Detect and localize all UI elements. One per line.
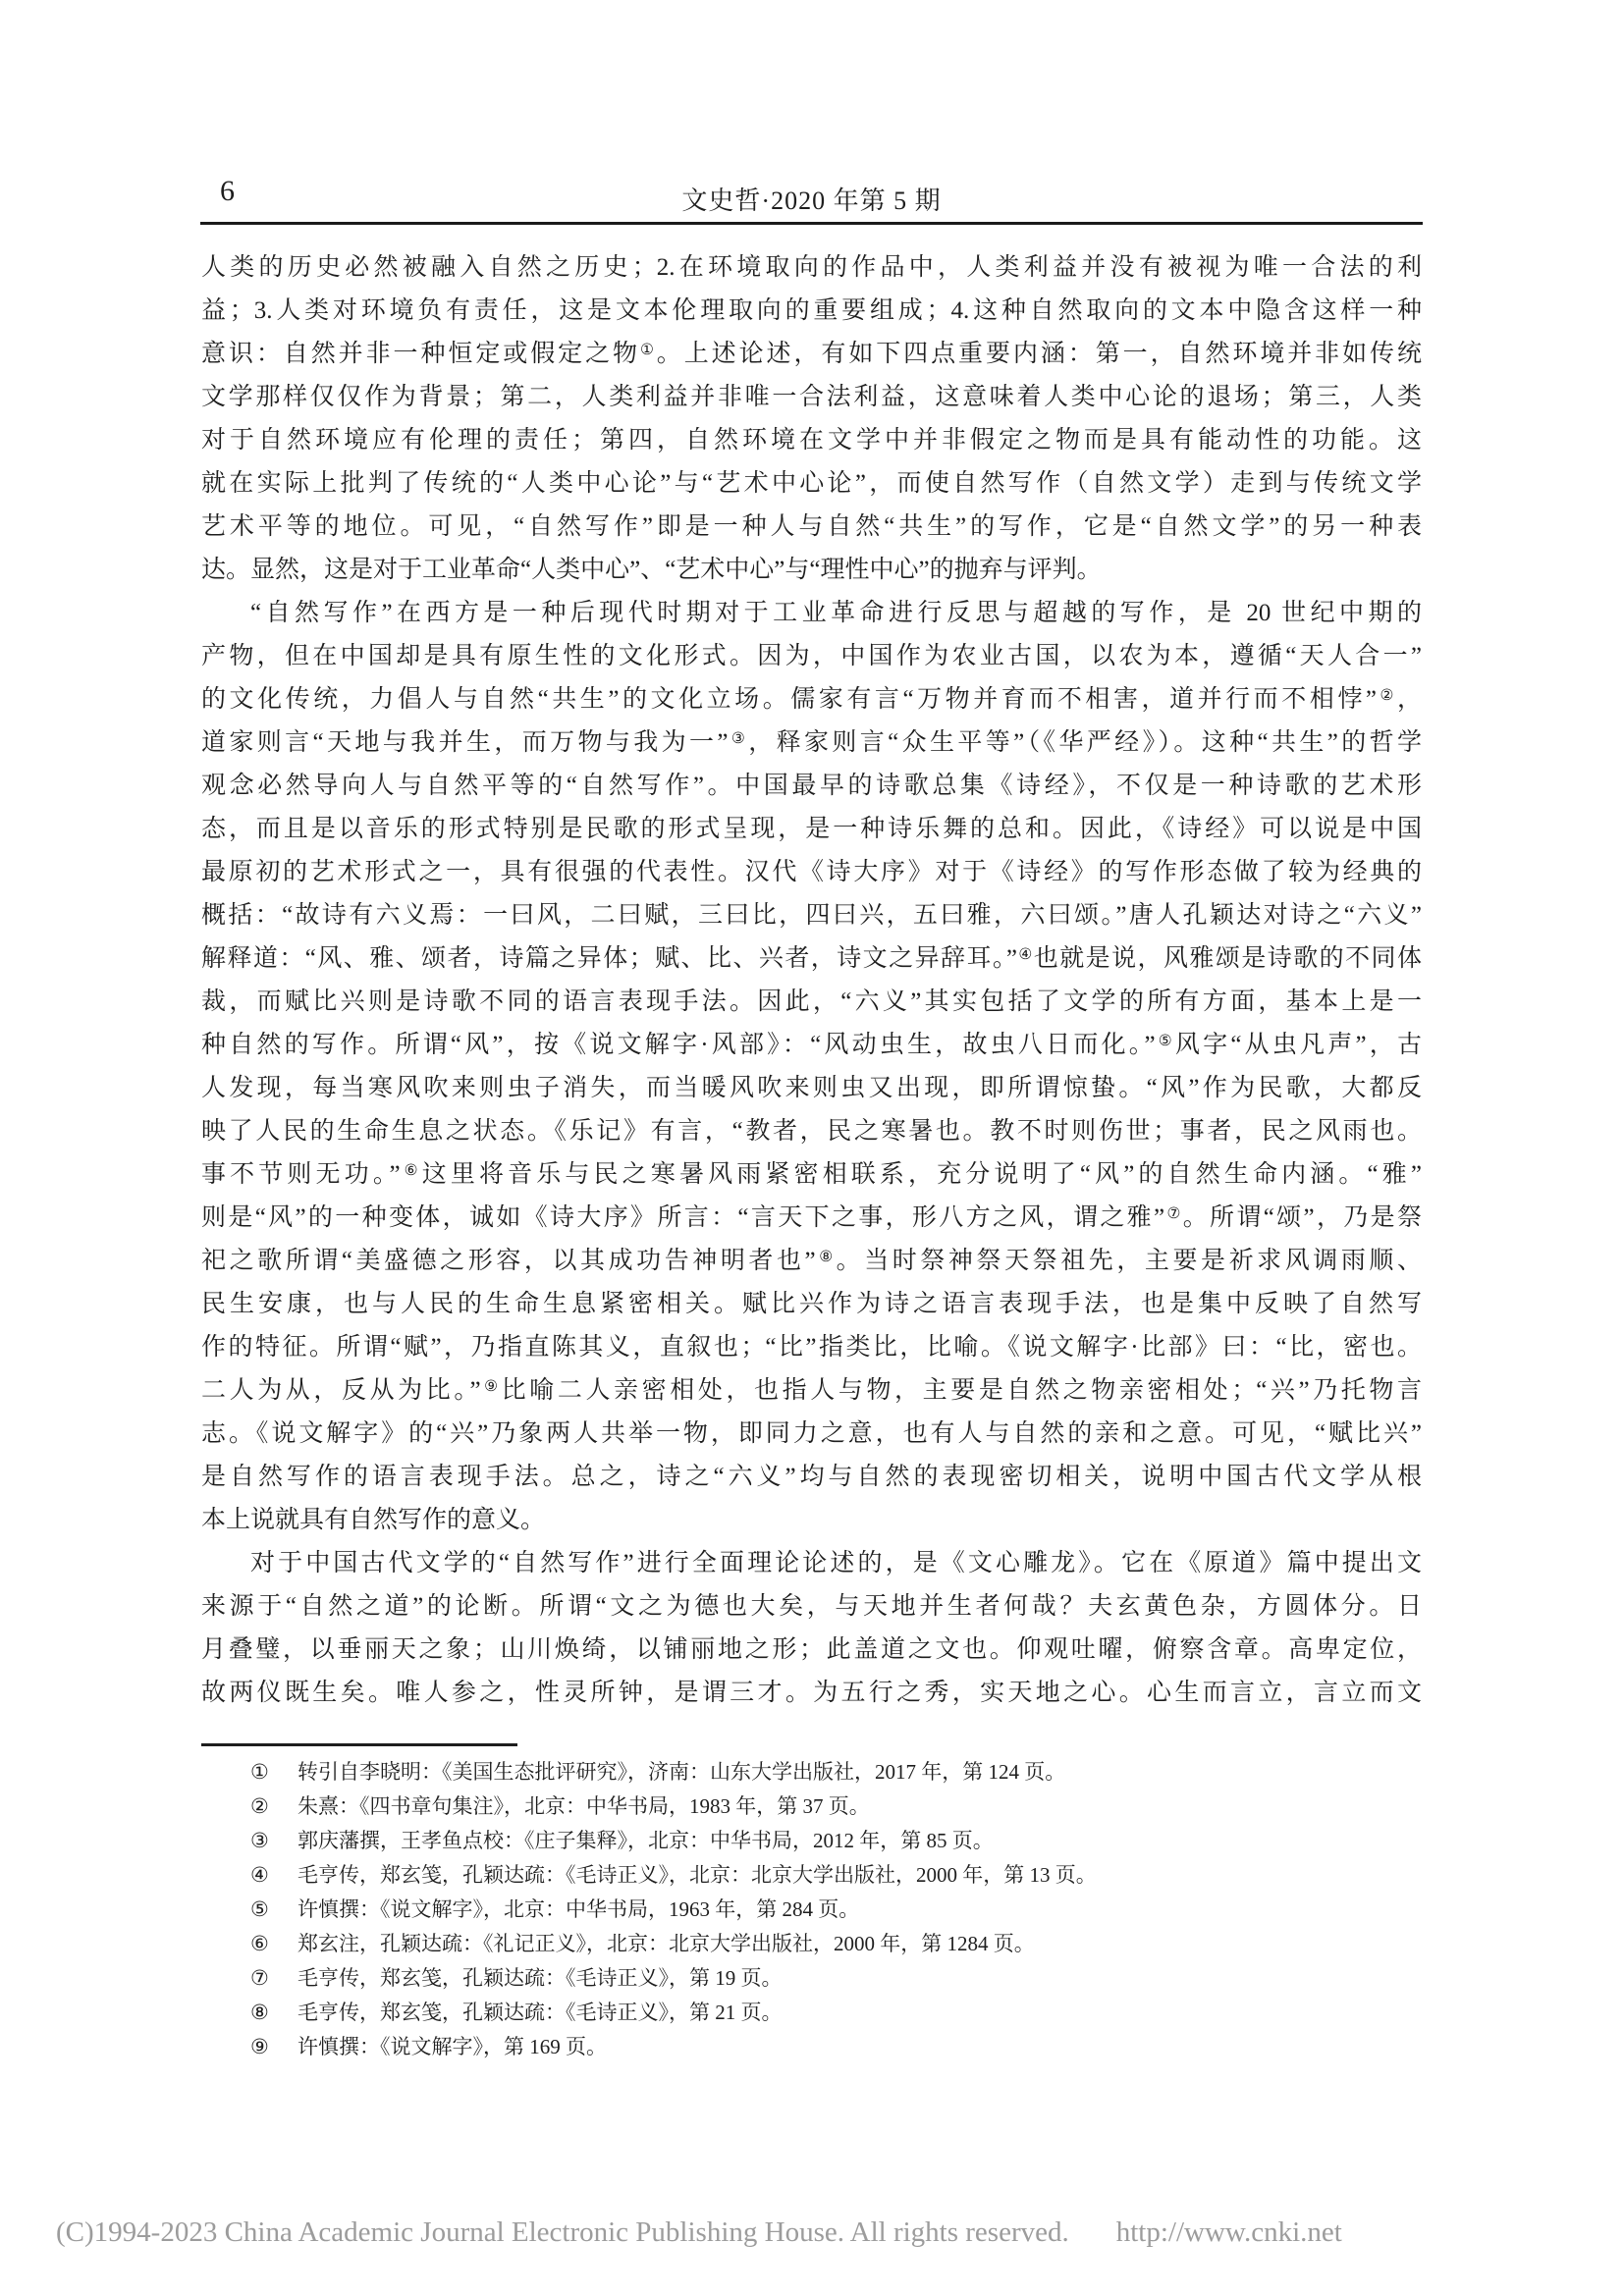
footnote: ⑨许慎撰：《说文解字》，第 169 页。	[201, 2030, 1422, 2064]
cnki-url: http://www.cnki.net	[1116, 2216, 1342, 2248]
footnote: ⑦毛亨传，郑玄笺，孔颖达疏：《毛诗正义》，第 19 页。	[201, 1961, 1422, 1996]
body-line: 故两仪既生矣。唯人参之，性灵所钟，是谓三才。为五行之秀，实天地之心。心生而言立，…	[201, 1672, 1422, 1715]
body-line: 裁，而赋比兴则是诗歌不同的语言表现手法。因此，“六义”其实包括了文学的所有方面，…	[201, 981, 1422, 1024]
body-line: 达。显然，这是对于工业革命“人类中心”、“艺术中心”与“理性中心”的抛弃与评判。	[201, 549, 1422, 592]
footnote-marker: ⑤	[250, 1893, 298, 1927]
footnote-marker: ⑥	[250, 1927, 298, 1961]
body-line: 本上说就具有自然写作的意义。	[201, 1499, 1422, 1542]
body-line: 对于中国古代文学的“自然写作”进行全面理论论述的，是《文心雕龙》。它在《原道》篇…	[201, 1542, 1422, 1585]
body-line: 作的特征。所谓“赋”，乃指直陈其义，直叙也；“比”指类比，比喻。《说文解字·比部…	[201, 1326, 1422, 1369]
body-line: 民生安康，也与人民的生命生息紧密相关。赋比兴作为诗之语言表现手法，也是集中反映了…	[201, 1283, 1422, 1326]
body-line: 态，而且是以音乐的形式特别是民歌的形式呈现，是一种诗乐舞的总和。因此，《诗经》可…	[201, 808, 1422, 851]
footnote-text: 许慎撰：《说文解字》，第 169 页。	[298, 2035, 607, 2058]
body-line: 观念必然导向人与自然平等的“自然写作”。中国最早的诗歌总集《诗经》，不仅是一种诗…	[201, 765, 1422, 808]
body-line: 人发现，每当寒风吹来则虫子消失，而当暖风吹来则虫又出现，即所谓惊蛰。“风”作为民…	[201, 1067, 1422, 1110]
body-line: 来源于“自然之道”的论断。所谓“文之为德也大矣，与天地并生者何哉？夫玄黄色杂，方…	[201, 1585, 1422, 1629]
body-line: 的文化传统，力倡人与自然“共生”的文化立场。儒家有言“万物并育而不相害，道并行而…	[201, 678, 1422, 721]
footnote-marker: ⑧	[250, 1996, 298, 2030]
body-line: 道家则言“天地与我并生，而万物与我为一”③，释家则言“众生平等”（《华严经》）。…	[201, 721, 1422, 765]
body-line: 益；3.人类对环境负有责任，这是文本伦理取向的重要组成；4.这种自然取向的文本中…	[201, 290, 1422, 333]
body-line: 则是“风”的一种变体，诚如《诗大序》所言：“言天下之事，形八方之风，谓之雅”⑦。…	[201, 1197, 1422, 1240]
footnote-text: 毛亨传，郑玄笺，孔颖达疏：《毛诗正义》，北京：北京大学出版社，2000 年，第 …	[298, 1863, 1097, 1887]
footnote: ③郭庆藩撰，王孝鱼点校：《庄子集释》，北京：中华书局，2012 年，第 85 页…	[201, 1824, 1422, 1858]
footnote-text: 朱熹：《四书章句集注》，北京：中华书局，1983 年，第 37 页。	[298, 1794, 870, 1818]
footnote: ②朱熹：《四书章句集注》，北京：中华书局，1983 年，第 37 页。	[201, 1789, 1422, 1824]
footnote-text: 转引自李晓明：《美国生态批评研究》，济南：山东大学出版社，2017 年，第 12…	[298, 1760, 1065, 1784]
copyright-text: (C)1994-2023 China Academic Journal Elec…	[56, 2216, 1069, 2248]
body-line: 对于自然环境应有伦理的责任；第四，自然环境在文学中并非假定之物而是具有能动性的功…	[201, 419, 1422, 462]
footnote-marker: ⑨	[250, 2030, 298, 2064]
body-line: 映了人民的生命生息之状态。《乐记》有言，“教者，民之寒暑也。教不时则伤世；事者，…	[201, 1110, 1422, 1153]
body-line: 最原初的艺术形式之一，具有很强的代表性。汉代《诗大序》对于《诗经》的写作形态做了…	[201, 851, 1422, 894]
body-line: 人类的历史必然被融入自然之历史；2.在环境取向的作品中，人类利益并没有被视为唯一…	[201, 246, 1422, 290]
page-footer: (C)1994-2023 China Academic Journal Elec…	[56, 2216, 1342, 2249]
footnote-marker: ④	[250, 1858, 298, 1893]
body-line: 艺术平等的地位。可见，“自然写作”即是一种人与自然“共生”的写作，它是“自然文学…	[201, 506, 1422, 549]
body-line: “自然写作”在西方是一种后现代时期对于工业革命进行反思与超越的写作，是 20 世…	[201, 592, 1422, 635]
footnote: ①转引自李晓明：《美国生态批评研究》，济南：山东大学出版社，2017 年，第 1…	[201, 1755, 1422, 1789]
footnote-text: 郭庆藩撰，王孝鱼点校：《庄子集释》，北京：中华书局，2012 年，第 85 页。	[298, 1829, 994, 1852]
body-line: 概括：“故诗有六义焉：一曰风，二曰赋，三曰比，四曰兴，五曰雅，六曰颂。”唐人孔颖…	[201, 894, 1422, 937]
footnotes: ①转引自李晓明：《美国生态批评研究》，济南：山东大学出版社，2017 年，第 1…	[201, 1755, 1422, 2064]
body-line: 月叠璧，以垂丽天之象；山川焕绮，以铺丽地之形；此盖道之文也。仰观吐曜，俯察含章。…	[201, 1629, 1422, 1672]
footnote: ⑧毛亨传，郑玄笺，孔颖达疏：《毛诗正义》，第 21 页。	[201, 1996, 1422, 2030]
footnote-marker: ⑦	[250, 1961, 298, 1996]
footnote: ④毛亨传，郑玄笺，孔颖达疏：《毛诗正义》，北京：北京大学出版社，2000 年，第…	[201, 1858, 1422, 1893]
body-line: 志。《说文解字》的“兴”乃象两人共举一物，即同力之意，也有人与自然的亲和之意。可…	[201, 1413, 1422, 1456]
article-body: 人类的历史必然被融入自然之历史；2.在环境取向的作品中，人类利益并没有被视为唯一…	[201, 246, 1422, 1715]
journal-title: 文史哲·2020 年第 5 期	[201, 181, 1422, 217]
footnote-text: 郑玄注，孔颖达疏：《礼记正义》，北京：北京大学出版社，2000 年，第 1284…	[298, 1932, 1035, 1955]
body-line: 种自然的写作。所谓“风”，按《说文解字·风部》：“风动虫生，故虫八日而化。”⑤风…	[201, 1024, 1422, 1067]
body-line: 就在实际上批判了传统的“人类中心论”与“艺术中心论”，而使自然写作（自然文学）走…	[201, 462, 1422, 506]
footnote-separator	[201, 1743, 517, 1746]
footnote: ⑥郑玄注，孔颖达疏：《礼记正义》，北京：北京大学出版社，2000 年，第 128…	[201, 1927, 1422, 1961]
body-line: 二人为从，反从为比。”⑨比喻二人亲密相处，也指人与物，主要是自然之物亲密相处；“…	[201, 1369, 1422, 1413]
header-rule	[200, 222, 1423, 225]
body-line: 祀之歌所谓“美盛德之形容，以其成功告神明者也”⑧。当时祭神祭天祭祖先，主要是祈求…	[201, 1240, 1422, 1283]
footnote-text: 毛亨传，郑玄笺，孔颖达疏：《毛诗正义》，第 19 页。	[298, 1966, 783, 1990]
footnote-marker: ③	[250, 1824, 298, 1858]
journal-page: 6 文史哲·2020 年第 5 期 人类的历史必然被融入自然之历史；2.在环境取…	[0, 0, 1623, 2296]
body-line: 是自然写作的语言表现手法。总之，诗之“六义”均与自然的表现密切相关，说明中国古代…	[201, 1456, 1422, 1499]
footnote-text: 许慎撰：《说文解字》，北京：中华书局，1963 年，第 284 页。	[298, 1897, 859, 1921]
body-line: 意识：自然并非一种恒定或假定之物①。上述论述，有如下四点重要内涵：第一，自然环境…	[201, 333, 1422, 376]
body-line: 事不节则无功。”⑥这里将音乐与民之寒暑风雨紧密相联系，充分说明了“风”的自然生命…	[201, 1153, 1422, 1197]
footnote-text: 毛亨传，郑玄笺，孔颖达疏：《毛诗正义》，第 21 页。	[298, 2001, 783, 2024]
footnote-marker: ①	[250, 1755, 298, 1789]
body-line: 文学那样仅仅作为背景；第二，人类利益并非唯一合法利益，这意味着人类中心论的退场；…	[201, 376, 1422, 419]
footnote-marker: ②	[250, 1789, 298, 1824]
body-line: 产物，但在中国却是具有原生性的文化形式。因为，中国作为农业古国，以农为本，遵循“…	[201, 635, 1422, 678]
footnote: ⑤许慎撰：《说文解字》，北京：中华书局，1963 年，第 284 页。	[201, 1893, 1422, 1927]
body-line: 解释道：“风、雅、颂者，诗篇之异体；赋、比、兴者，诗文之异辞耳。”④也就是说，风…	[201, 937, 1422, 981]
